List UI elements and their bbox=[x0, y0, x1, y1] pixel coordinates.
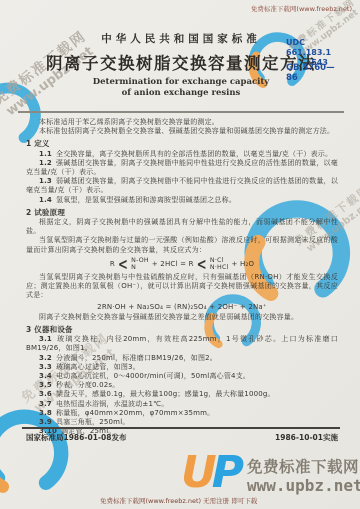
definition-item: 1.2强碱基团交换容量，阴离子交换树脂中能同中性盐进行交换反应的活性基团的数量，… bbox=[26, 159, 338, 177]
item-text: 强碱基团交换容量，阴离子交换树脂中能同中性盐进行交换反应的活性基团的数量，以毫克… bbox=[26, 159, 338, 176]
item-text: 弱碱基团交换容量，阴离子交换树脂中不能同中性盐进行交换反应的活性基团的数量，以毫… bbox=[26, 177, 338, 194]
implemented-date: 1986-10-01实施 bbox=[275, 432, 338, 443]
definition-item: 1.4氢氧型，是氢氧型强碱基团和游离胺型弱碱基团之总称。 bbox=[26, 196, 338, 205]
paragraph: 当氢氧型阴离子交换树脂与过量的一元强酸（例如盐酸）溶液反应时，可根据测定未反应的… bbox=[26, 236, 338, 254]
up-logo-letter-p: P bbox=[212, 447, 239, 498]
paragraph: 阴离子交换树脂全交换容量与强碱基团交换容量之差值就是弱碱基团的交换容量。 bbox=[26, 313, 338, 322]
item-number: 3.5 bbox=[39, 381, 52, 389]
item-number: 1.1 bbox=[39, 150, 52, 158]
title-en-line2: of anion exchange resins bbox=[18, 88, 344, 99]
item-text: 电热恒温水浴锅，水温波动±1℃。 bbox=[56, 400, 168, 408]
item-text: 秒表，分度0.02s。 bbox=[56, 381, 119, 389]
item-number: 1.4 bbox=[39, 196, 52, 204]
equipment-item: 3.2分液漏斗，250ml，标准磨口BM19/26，如图2。 bbox=[26, 354, 338, 363]
document-body: 本标准适用于苯乙烯系阴离子交换树脂交换容量的测定。 本标准包括阴离子交换树脂全交… bbox=[26, 118, 338, 436]
equipment-item: 3.6架盘天平，感量0.1g，最大称量100g；感量1g，最大称量1000g。 bbox=[26, 390, 338, 399]
document-page: 免费标准下载网 www.upbz.net 免费标准下载网 www.upbz.ne… bbox=[0, 0, 360, 509]
item-number: 3.3 bbox=[39, 363, 52, 371]
issued-date: 国家标准局1986-01-08发布 bbox=[26, 432, 126, 443]
formula-bracket: < bbox=[118, 256, 128, 272]
equipment-item: 3.8称量瓶，φ40mm×20mm，φ70mm×35mm。 bbox=[26, 409, 338, 418]
formula-term: + 2HCl = R bbox=[152, 260, 194, 269]
paragraph: 根据定义，阴离子交换树脂中的强碱基团具有分解中性盐的能力，而弱碱基团不能分解中性… bbox=[26, 218, 338, 236]
gb-standard-number: GB 5760—86 bbox=[286, 63, 346, 83]
formula-term: + H₂O bbox=[232, 260, 255, 269]
section-heading: 1 定义 bbox=[26, 139, 338, 148]
item-text: 架盘天平，感量0.1g，最大称量100g；感量1g，最大称量1000g。 bbox=[56, 390, 275, 398]
item-number: 3.9 bbox=[39, 418, 52, 426]
intro-paragraph: 本标准包括阴离子交换树脂全交换容量、强碱基团交换容量和弱碱基团交换容量的测定方法… bbox=[26, 127, 338, 136]
item-text: 玻璃离心过滤管，如图3。 bbox=[56, 363, 140, 371]
item-text: 具塞三角瓶，250ml。 bbox=[56, 418, 130, 426]
equipment-item: 3.1玻璃交换柱，内径20mm，有效柱高225mm，1号微孔砂芯。上口为标准磨口… bbox=[26, 335, 338, 353]
section-heading: 3 仪器和设备 bbox=[26, 325, 338, 334]
equipment-item: 3.7电热恒温水浴锅，水温波动±1℃。 bbox=[26, 400, 338, 409]
udc-label: UDC bbox=[286, 38, 305, 47]
formula-stack: N·Cl N·HCl bbox=[210, 257, 229, 272]
download-site-note: 免费标准下载网(www.freebz.net) bbox=[251, 4, 352, 13]
item-text: 称量瓶，φ40mm×20mm，φ70mm×35mm。 bbox=[56, 409, 214, 417]
download-site-note-bottom: 免费标准下载网(www.freebz.net) 无需注册 即可下载 bbox=[100, 496, 257, 505]
item-number: 3.6 bbox=[39, 390, 52, 398]
formula-term: N·Cl bbox=[210, 257, 229, 265]
gb-label: GB bbox=[286, 63, 299, 73]
reaction-formula-1: R < N-OH N + 2HCl = R < N·Cl N·HCl + H₂O bbox=[26, 257, 338, 272]
document-footer: 国家标准局1986-01-08发布 1986-10-01实施 bbox=[26, 432, 338, 443]
item-text: 电动离心沉淀机，0～4000r/min(可调)，50ml离心管4支。 bbox=[56, 372, 250, 380]
item-number: 3.4 bbox=[39, 372, 52, 380]
reaction-formula-2: 2RN·OH + Na₂SO₄ = (RN)₂SO₄ + 2OH⁻ + 2Na⁺ bbox=[26, 303, 338, 312]
equipment-item: 3.3玻璃离心过滤管，如图3。 bbox=[26, 363, 338, 372]
item-text: 氢氧型，是氢氧型强碱基团和游离胺型弱碱基团之总称。 bbox=[56, 196, 236, 204]
formula-stack: N-OH N bbox=[131, 257, 149, 272]
up-logo-letter-u: U bbox=[181, 447, 212, 498]
formula-term: R bbox=[110, 260, 115, 269]
definition-item: 1.3弱碱基团交换容量，阴离子交换树脂中不能同中性盐进行交换反应的活性基团的数量… bbox=[26, 177, 338, 195]
item-text: 玻璃交换柱，内径20mm，有效柱高225mm，1号微孔砂芯。上口为标准磨口BM1… bbox=[26, 335, 338, 352]
formula-bracket: < bbox=[197, 256, 207, 272]
item-number: 3.1 bbox=[39, 335, 52, 343]
footer-divider bbox=[22, 427, 340, 429]
section-heading: 2 试验原理 bbox=[26, 208, 338, 217]
equipment-item: 3.4电动离心沉淀机，0～4000r/min(可调)，50ml离心管4支。 bbox=[26, 372, 338, 381]
formula-term: N·HCl bbox=[210, 264, 229, 272]
item-number: 3.2 bbox=[39, 354, 52, 362]
watermark-site-name-large: 免费标准下载网 bbox=[247, 455, 359, 477]
item-text: 分液漏斗，250ml，标准磨口BM19/26，如图2。 bbox=[56, 354, 217, 362]
intro-paragraph: 本标准适用于苯乙烯系阴离子交换树脂交换容量的测定。 bbox=[26, 118, 338, 127]
item-number: 3.8 bbox=[39, 409, 52, 417]
item-text: 全交换容量，离子交换树脂所具有的全部活性基团的数量，以毫克当量/克（干）表示。 bbox=[56, 150, 332, 158]
item-number: 3.7 bbox=[39, 400, 52, 408]
formula-term: N-OH bbox=[131, 257, 149, 265]
udc-code: 661.183.1 bbox=[286, 48, 331, 57]
watermark-site-url-large: www.upbz.net bbox=[247, 476, 360, 495]
item-number: 1.2 bbox=[39, 159, 52, 167]
paragraph: 当氢氧型阴离子交换树脂与中性盐硫酸钠反应时，只有强碱基团（RN·OH）才能发生交… bbox=[26, 273, 338, 301]
document-header: 中华人民共和国国家标准 阴离子交换树脂交换容量测定方法 Determinatio… bbox=[18, 0, 344, 113]
equipment-item: 3.9具塞三角瓶，250ml。 bbox=[26, 418, 338, 427]
definition-item: 1.1全交换容量，离子交换树脂所具有的全部活性基团的数量，以毫克当量/克（干）表… bbox=[26, 150, 338, 159]
formula-term: N bbox=[131, 264, 149, 272]
up-logo: UP bbox=[181, 451, 239, 495]
item-number: 1.3 bbox=[39, 177, 52, 185]
